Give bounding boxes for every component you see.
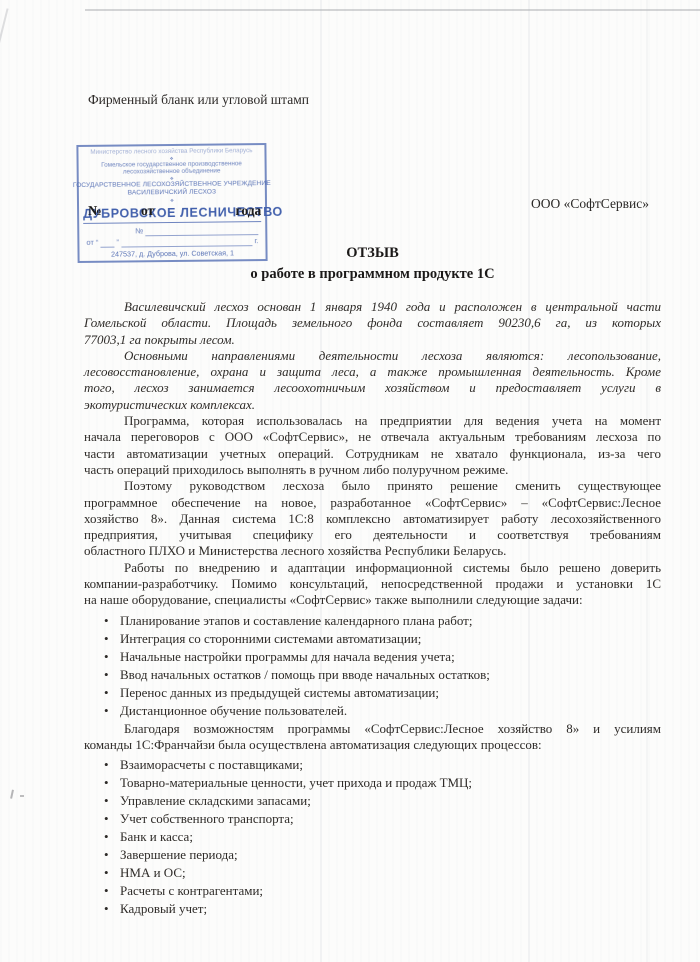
list-item: Дистанционное обучение пользователей.	[84, 702, 661, 720]
text-line: компании-разработчику. Помимо консультац…	[84, 576, 661, 592]
text-line: Поэтому руководством лесхоза было принят…	[84, 478, 661, 494]
text-line: того, лесхоз занимается лесоохотничьим х…	[84, 380, 661, 396]
text-line: Работы по внедрению и адаптации информац…	[84, 560, 661, 576]
text-line: предприятия, учитывая специфику его деят…	[84, 527, 661, 543]
list-item: Взаиморасчеты с поставщиками;	[84, 756, 661, 774]
text-line: начала переговоров с ООО «СофтСервис», н…	[84, 429, 661, 445]
number-sign-label: №	[88, 203, 102, 218]
para-implementation: Работы по внедрению и адаптации информац…	[84, 560, 661, 609]
list-item: Кадровый учет;	[84, 900, 661, 918]
year-label: года	[236, 203, 262, 218]
scan-edge-artifact	[85, 9, 700, 11]
para-decision: Поэтому руководством лесхоза было принят…	[84, 478, 661, 559]
list-item: Банк и касса;	[84, 828, 661, 846]
blank-underline	[100, 237, 114, 247]
text-line: областного ПЛХО и Министерства лесного х…	[84, 543, 661, 559]
text-line: на наше оборудование, специалисты «СофтС…	[84, 592, 661, 608]
text-line: Благодаря возможностям программы «СофтСе…	[84, 721, 661, 737]
text-line: лесовосстановление, охрана и защита леса…	[84, 364, 661, 380]
text-line: часть операций приходилось выполнять в р…	[84, 462, 661, 478]
text-line: Программа, которая использовалась на пре…	[84, 413, 661, 429]
document-subtitle: о работе в программном продукте 1С	[84, 266, 661, 283]
text-line: Основными направлениями деятельности лес…	[84, 348, 661, 364]
scan-corner-artifact	[0, 8, 9, 45]
stamp-number-label: №	[135, 225, 143, 236]
para-activities: Основными направлениями деятельности лес…	[84, 348, 661, 413]
pencil-mark-artifact	[10, 790, 17, 800]
list-item: Управление складскими запасами;	[84, 792, 661, 810]
para-automation-result: Благодаря возможностям программы «СофтСе…	[84, 721, 661, 754]
text-line: Гомельской области. Площадь земельного ф…	[84, 315, 661, 331]
automated-processes-list: Взаиморасчеты с поставщиками;Товарно-мат…	[84, 756, 661, 918]
stamp-date-quote: ”	[116, 236, 119, 247]
para-leshoz-history: Василевичский лесхоз основан 1 января 19…	[84, 299, 661, 348]
list-item: НМА и ОС;	[84, 864, 661, 882]
list-item: Планирование этапов и составление календ…	[84, 612, 661, 630]
list-item: Начальные настройки программы для начала…	[84, 648, 661, 666]
stamp-ornament-icon: ❖	[170, 197, 174, 202]
text-line: хозяйство 8». Данная система 1С:8 компле…	[84, 511, 661, 527]
letterhead-note: Фирменный бланк или угловой штамп	[88, 92, 309, 108]
text-line: Василевичский лесхоз основан 1 января 19…	[84, 299, 661, 315]
from-label: от	[141, 203, 154, 218]
list-item: Учет собственного транспорта;	[84, 810, 661, 828]
list-item: Перенос данных из предыдущей системы авт…	[84, 684, 661, 702]
text-line: части автоматизации учетных операций. Со…	[84, 446, 661, 462]
document-body: Василевичский лесхоз основан 1 января 19…	[84, 299, 661, 919]
stamp-date-label: от “	[86, 236, 98, 247]
document-number-line: № от года	[88, 203, 261, 219]
stamp-year-label: г.	[254, 235, 258, 246]
text-line: программное обеспечение на новое, разраб…	[84, 495, 661, 511]
para-old-software: Программа, которая использовалась на пре…	[84, 413, 661, 478]
text-line: 77003,1 га покрыты лесом.	[84, 332, 661, 348]
list-item: Интеграция со сторонними системами автом…	[84, 630, 661, 648]
list-item: Товарно-материальные ценности, учет прих…	[84, 774, 661, 792]
list-item: Завершение периода;	[84, 846, 661, 864]
list-item: Расчеты с контрагентами;	[84, 882, 661, 900]
blank-underline	[121, 236, 253, 247]
stamp-address: 247537, д. Дуброва, ул. Советская, 1	[111, 248, 234, 258]
implementation-tasks-list: Планирование этапов и составление календ…	[84, 612, 661, 720]
text-line: команды 1С:Франчайзи была осуществлена а…	[84, 737, 661, 753]
recipient-company: ООО «СофтСервис»	[531, 196, 649, 212]
text-line: экотуристических комплексах.	[84, 397, 661, 413]
list-item: Ввод начальных остатков / помощь при вво…	[84, 666, 661, 684]
pencil-mark-artifact	[20, 795, 24, 797]
stamp-date-blank: от “ ” г.	[83, 235, 261, 248]
scanned-letter-page: Фирменный бланк или угловой штамп Минист…	[0, 0, 700, 962]
